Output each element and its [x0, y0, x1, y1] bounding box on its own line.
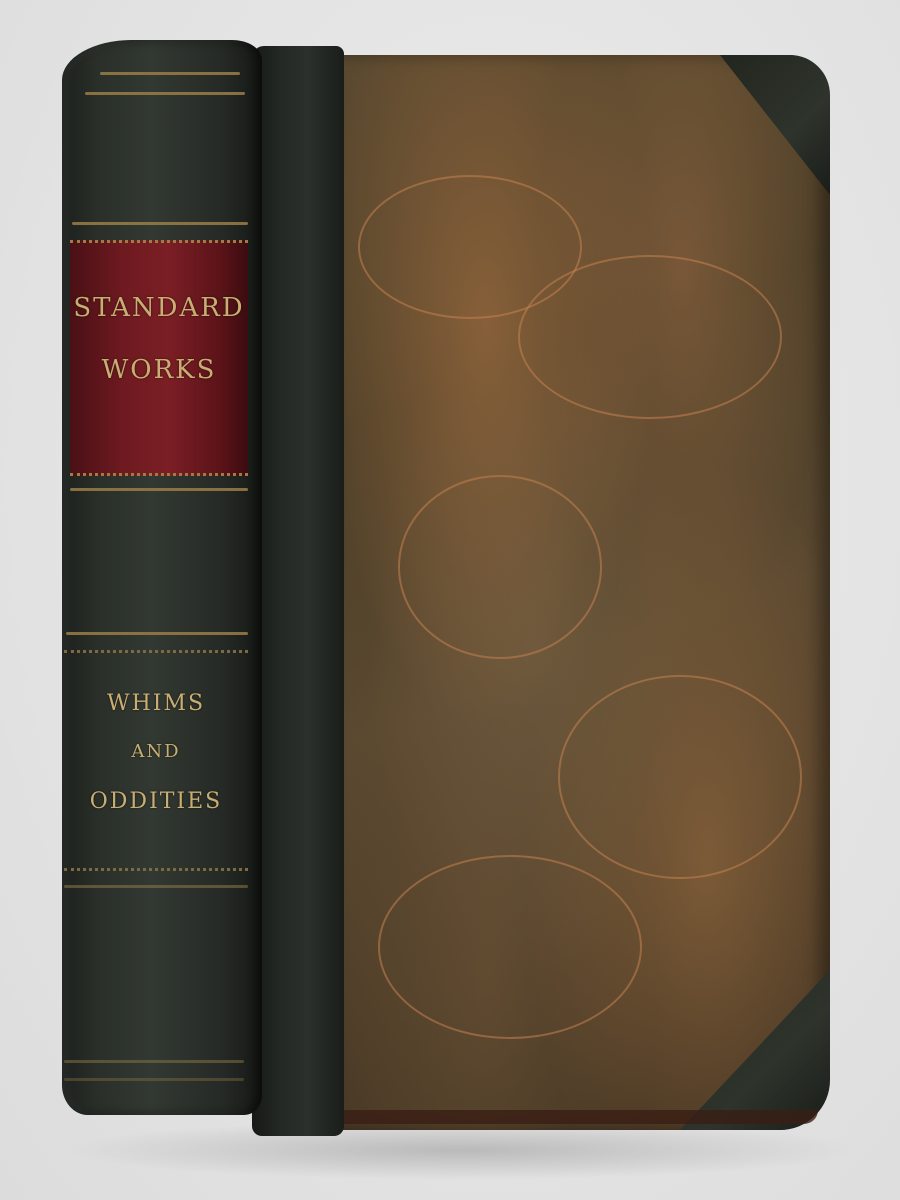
gilt-rule	[85, 92, 245, 95]
book-spine	[62, 40, 262, 1115]
marble-vein	[398, 475, 602, 659]
spine-joint	[252, 46, 344, 1136]
leather-corner-top	[720, 55, 830, 195]
marble-vein	[518, 255, 782, 419]
marble-vein	[558, 675, 802, 879]
gilt-rule	[64, 885, 248, 888]
front-board-marbled	[338, 55, 830, 1130]
gilt-rule	[66, 632, 248, 635]
gilt-rule	[100, 72, 240, 75]
gilt-rule	[72, 222, 248, 225]
page-edge	[338, 1110, 818, 1124]
spine-subtitle-panel: WHIMS AND ODDITIES	[64, 650, 248, 871]
gilt-rule	[64, 1078, 244, 1081]
gilt-rule	[70, 488, 248, 491]
spine-subtitle-line2: AND	[64, 741, 248, 762]
spine-subtitle-line1: WHIMS	[64, 691, 248, 716]
spine-subtitle-line3: ODDITIES	[64, 789, 248, 814]
marble-vein	[378, 855, 642, 1039]
spine-title-label: STANDARD WORKS	[70, 240, 248, 476]
spine-title-line2: WORKS	[70, 355, 248, 385]
gilt-rule	[64, 1060, 244, 1063]
leather-corner-bottom	[680, 970, 830, 1130]
spine-title-line1: STANDARD	[70, 293, 248, 323]
